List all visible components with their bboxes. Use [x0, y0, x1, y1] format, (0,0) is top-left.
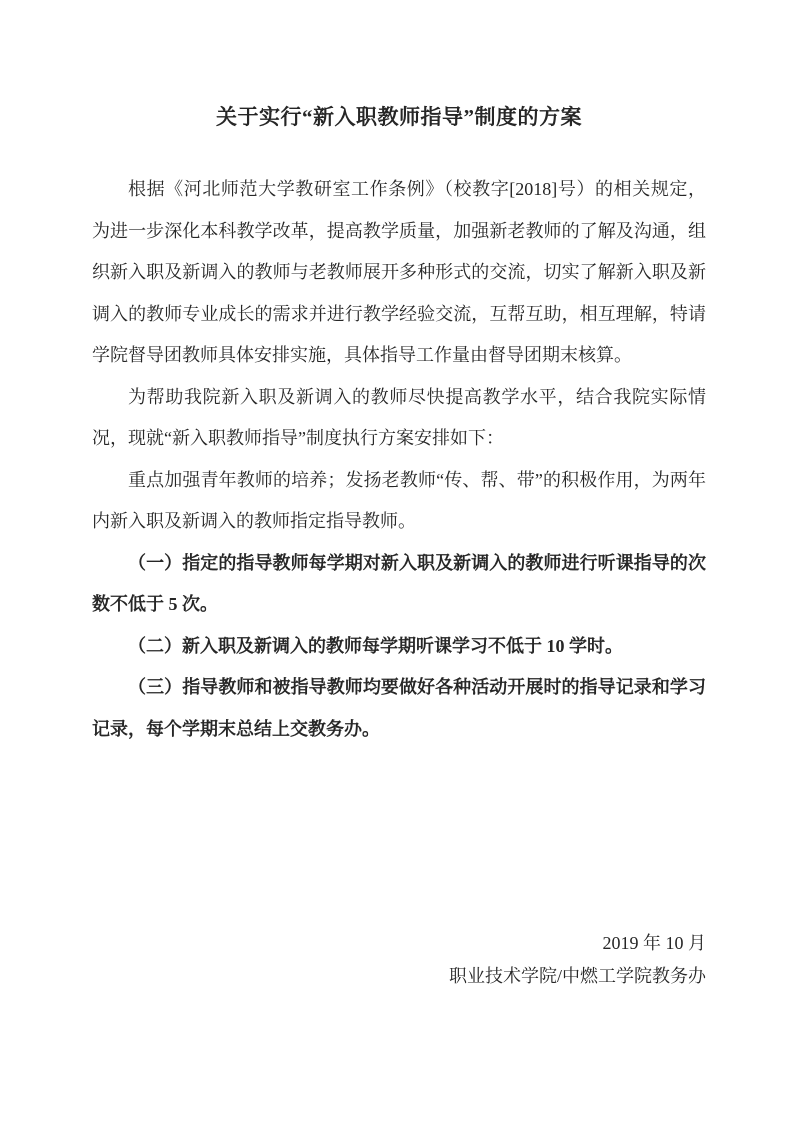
document-title: 关于实行“新入职教师指导”制度的方案 [92, 0, 706, 131]
document-page: 关于实行“新入职教师指导”制度的方案 根据《河北师范大学教研室工作条例》（校教字… [0, 0, 800, 1132]
document-content: 关于实行“新入职教师指导”制度的方案 根据《河北师范大学教研室工作条例》（校教字… [92, 0, 706, 750]
signature-block: 2019 年 10 月 职业技术学院/中燃工学院教务办 [449, 927, 706, 993]
paragraph-focus: 重点加强青年教师的培养；发扬老教师“传、帮、带”的积极作用，为两年内新入职及新调… [92, 460, 706, 543]
rule-item-2: （二）新入职及新调入的教师每学期听课学习不低于 10 学时。 [92, 626, 706, 668]
paragraph-purpose: 为帮助我院新入职及新调入的教师尽快提高教学水平，结合我院实际情况，现就“新入职教… [92, 377, 706, 460]
document-body: 根据《河北师范大学教研室工作条例》（校教字[2018]号）的相关规定，为进一步深… [92, 169, 706, 750]
signature-department: 职业技术学院/中燃工学院教务办 [449, 960, 706, 993]
signature-date: 2019 年 10 月 [449, 927, 706, 960]
paragraph-intro: 根据《河北师范大学教研室工作条例》（校教字[2018]号）的相关规定，为进一步深… [92, 169, 706, 377]
rule-item-1: （一）指定的指导教师每学期对新入职及新调入的教师进行听课指导的次数不低于 5 次… [92, 543, 706, 626]
rule-item-3: （三）指导教师和被指导教师均要做好各种活动开展时的指导记录和学习记录，每个学期末… [92, 667, 706, 750]
